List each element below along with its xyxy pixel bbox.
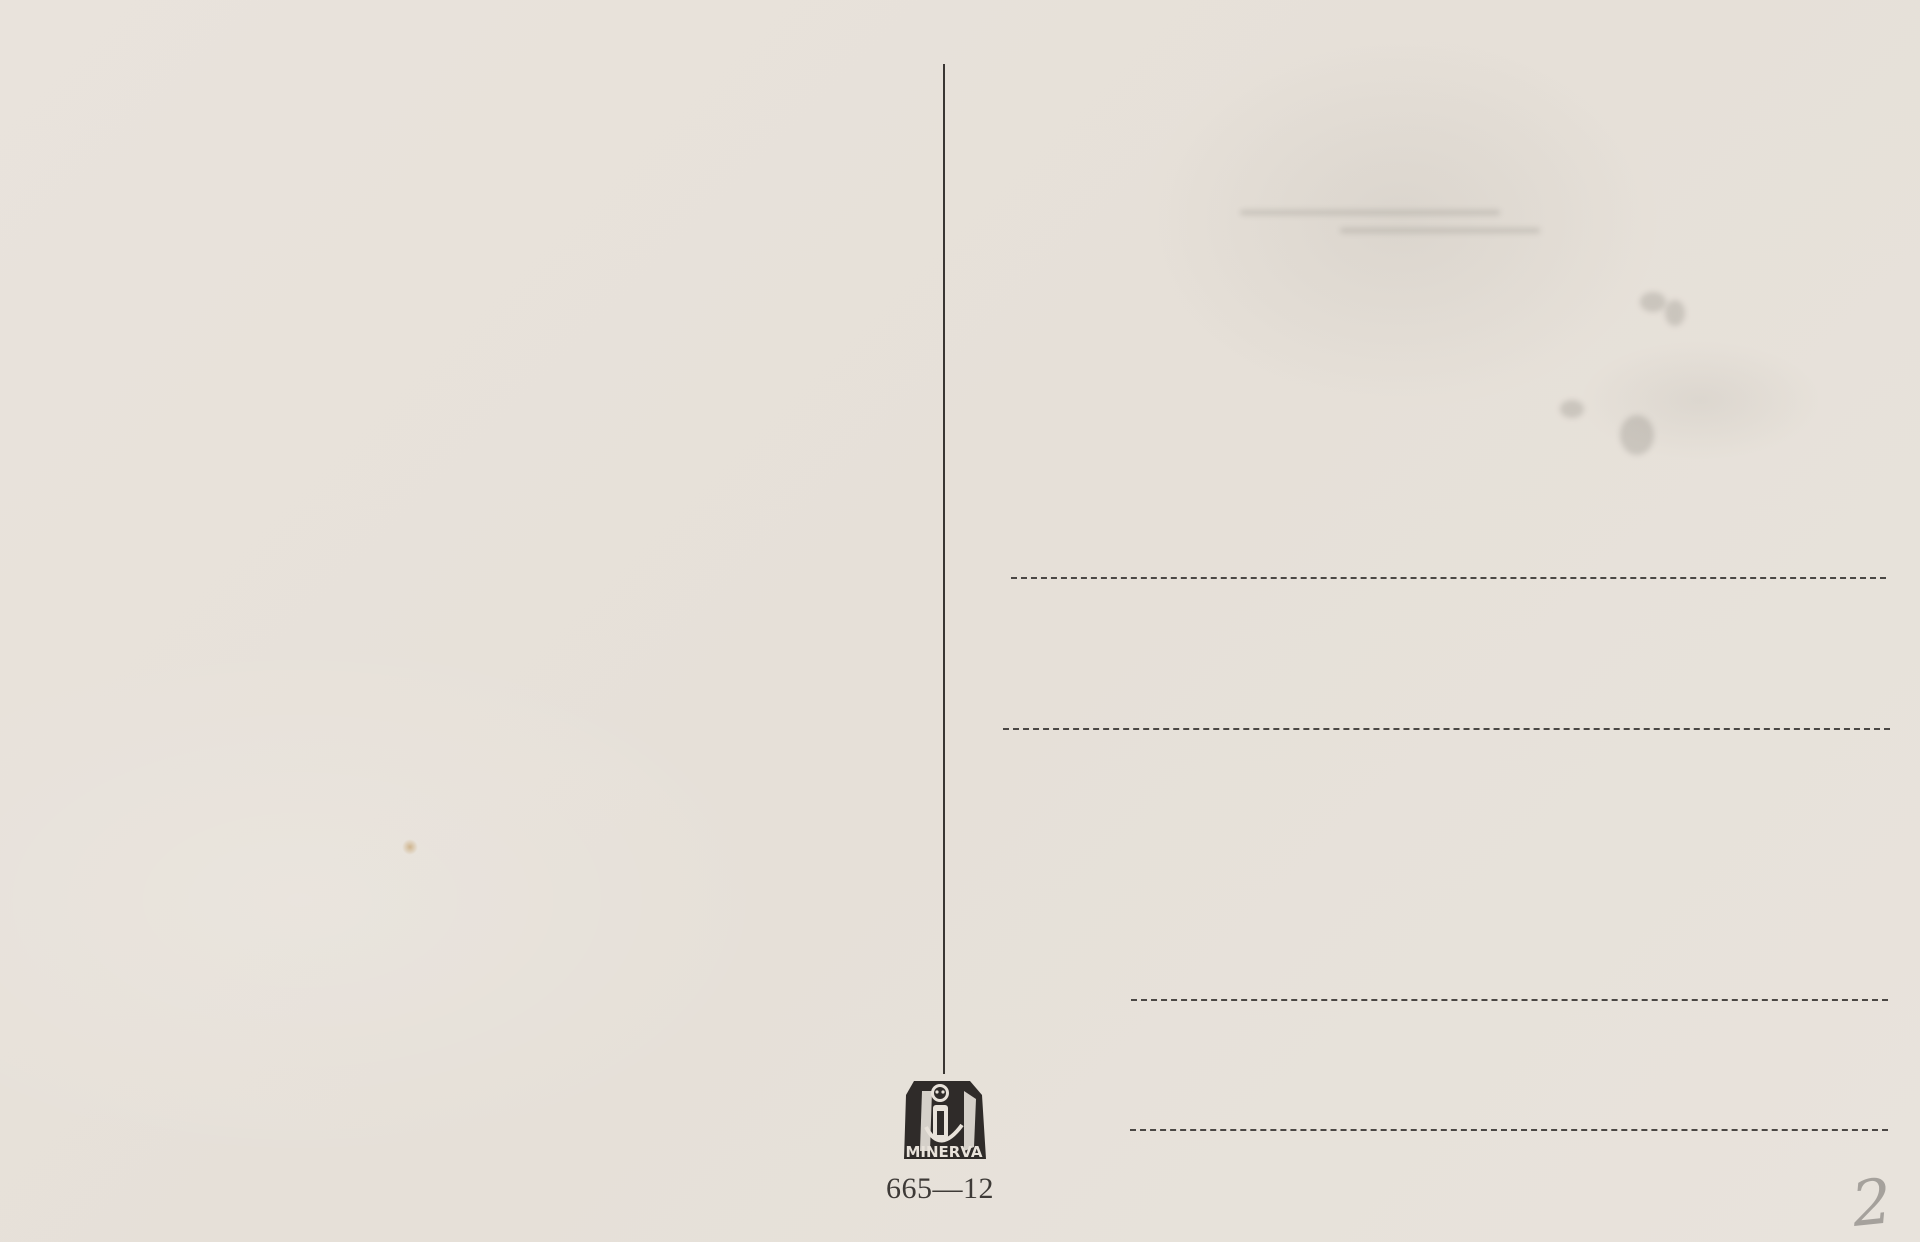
address-line-3: [1131, 999, 1888, 1001]
minerva-publisher-logo-icon: MINERVA: [900, 1077, 1000, 1169]
address-line-4: [1130, 1129, 1888, 1131]
center-divider-line: [943, 64, 945, 1074]
paper-smudge: [1640, 292, 1666, 312]
paper-smear: [1340, 228, 1540, 233]
paper-smudge: [1560, 400, 1584, 418]
postcard-back: MINERVA 665—12 2: [0, 0, 1920, 1242]
paper-smudge: [1620, 415, 1654, 455]
catalog-number: 665—12: [860, 1172, 1020, 1206]
logo-text: MINERVA: [905, 1143, 982, 1161]
address-line-2: [1003, 728, 1890, 730]
paper-smudge: [1665, 300, 1685, 326]
foxing-stain: [402, 839, 418, 855]
handwritten-pencil-mark: 2: [1848, 1164, 1895, 1241]
paper-smear: [1240, 210, 1500, 215]
address-line-1: [1011, 577, 1886, 579]
